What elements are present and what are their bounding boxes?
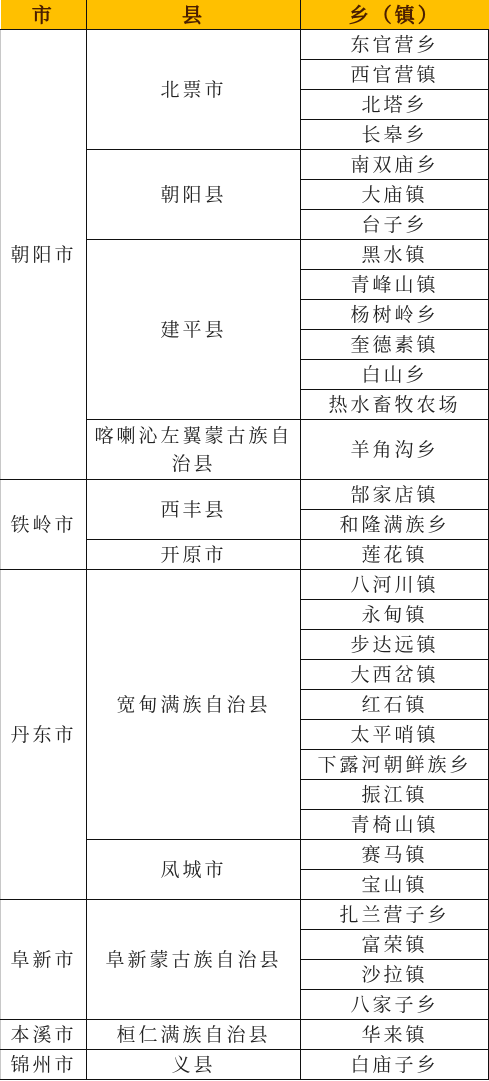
town-cell: 黑水镇 — [301, 240, 489, 270]
town-cell: 台子乡 — [301, 210, 489, 240]
town-cell: 南双庙乡 — [301, 150, 489, 180]
town-cell: 振江镇 — [301, 780, 489, 810]
town-cell: 青椅山镇 — [301, 810, 489, 840]
city-cell: 锦州市 — [1, 1050, 87, 1080]
town-cell: 沙拉镇 — [301, 960, 489, 990]
town-cell: 红石镇 — [301, 690, 489, 720]
county-cell: 桓仁满族自治县 — [87, 1020, 301, 1050]
town-cell: 宝山镇 — [301, 870, 489, 900]
town-cell: 步达远镇 — [301, 630, 489, 660]
table-row: 丹东市 宽甸满族自治县 八河川镇 — [1, 570, 489, 600]
town-cell: 长皋乡 — [301, 120, 489, 150]
township-table: 市 县 乡（镇） 朝阳市 北票市 东官营乡 西官营镇 北塔乡 长皋乡 朝阳县 南… — [0, 0, 489, 1080]
county-cell: 朝阳县 — [87, 150, 301, 240]
table-row: 铁岭市 西丰县 郜家店镇 — [1, 480, 489, 510]
header-county: 县 — [87, 0, 301, 30]
county-cell: 阜新蒙古族自治县 — [87, 900, 301, 1020]
town-cell: 大庙镇 — [301, 180, 489, 210]
county-cell: 北票市 — [87, 30, 301, 150]
town-cell: 热水畜牧农场 — [301, 390, 489, 420]
county-cell: 建平县 — [87, 240, 301, 420]
town-cell: 北塔乡 — [301, 90, 489, 120]
town-cell: 富荣镇 — [301, 930, 489, 960]
city-cell: 朝阳市 — [1, 30, 87, 480]
city-cell: 丹东市 — [1, 570, 87, 900]
city-cell: 本溪市 — [1, 1020, 87, 1050]
table-row: 本溪市 桓仁满族自治县 华来镇 — [1, 1020, 489, 1050]
table-row: 锦州市 义县 白庙子乡 — [1, 1050, 489, 1080]
town-cell: 下露河朝鲜族乡 — [301, 750, 489, 780]
table-body: 朝阳市 北票市 东官营乡 西官营镇 北塔乡 长皋乡 朝阳县 南双庙乡 大庙镇 台… — [1, 30, 489, 1080]
county-cell: 喀喇沁左翼蒙古族自治县 — [87, 420, 301, 480]
town-cell: 永甸镇 — [301, 600, 489, 630]
town-cell: 扎兰营子乡 — [301, 900, 489, 930]
header-row: 市 县 乡（镇） — [1, 0, 489, 30]
town-cell: 白山乡 — [301, 360, 489, 390]
town-cell: 八家子乡 — [301, 990, 489, 1020]
town-cell: 太平哨镇 — [301, 720, 489, 750]
table-row: 朝阳市 北票市 东官营乡 — [1, 30, 489, 60]
city-cell: 铁岭市 — [1, 480, 87, 570]
town-cell: 奎德素镇 — [301, 330, 489, 360]
town-cell: 郜家店镇 — [301, 480, 489, 510]
town-cell: 八河川镇 — [301, 570, 489, 600]
county-cell: 凤城市 — [87, 840, 301, 900]
county-cell: 义县 — [87, 1050, 301, 1080]
county-cell: 开原市 — [87, 540, 301, 570]
town-cell: 东官营乡 — [301, 30, 489, 60]
town-cell: 华来镇 — [301, 1020, 489, 1050]
town-cell: 杨树岭乡 — [301, 300, 489, 330]
town-cell: 青峰山镇 — [301, 270, 489, 300]
city-cell: 阜新市 — [1, 900, 87, 1020]
town-cell: 羊角沟乡 — [301, 420, 489, 480]
header-town: 乡（镇） — [301, 0, 489, 30]
town-cell: 和隆满族乡 — [301, 510, 489, 540]
town-cell: 莲花镇 — [301, 540, 489, 570]
county-cell: 西丰县 — [87, 480, 301, 540]
town-cell: 白庙子乡 — [301, 1050, 489, 1080]
town-cell: 大西岔镇 — [301, 660, 489, 690]
town-cell: 赛马镇 — [301, 840, 489, 870]
table-row: 阜新市 阜新蒙古族自治县 扎兰营子乡 — [1, 900, 489, 930]
town-cell: 西官营镇 — [301, 60, 489, 90]
county-cell: 宽甸满族自治县 — [87, 570, 301, 840]
header-city: 市 — [1, 0, 87, 30]
